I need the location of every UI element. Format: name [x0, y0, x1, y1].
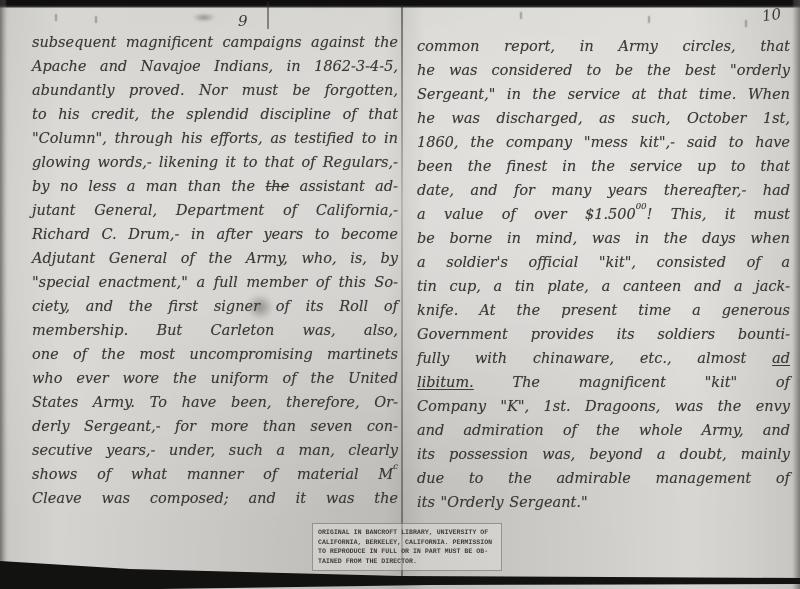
handwritten-line: been the finest in the service up to tha… — [417, 155, 790, 179]
manuscript-page-left: 9 subsequent magnificent campaigns again… — [32, 12, 398, 511]
handwritten-line: membership. But Carleton was, also, — [32, 319, 398, 343]
handwritten-line: Government provides its soldiers bounti- — [417, 323, 790, 347]
handwritten-line: libitum. The magnificent "kit" of — [417, 371, 790, 395]
handwritten-line: derly Sergeant,- for more than seven con… — [32, 415, 398, 439]
handwritten-line: subsequent magnificent campaigns against… — [32, 31, 398, 55]
handwritten-line: Cleave was composed; and it was the — [32, 487, 398, 511]
handwritten-line: a soldier's official "kit", consisted of… — [417, 251, 790, 275]
stamp-line: ORIGINAL IN BANCROFT LIBRARY, UNIVERSITY… — [318, 528, 496, 538]
handwritten-text-block: subsequent magnificent campaigns against… — [32, 31, 398, 511]
handwritten-line: Apache and Navajoe Indians, in 1862-3-4-… — [32, 55, 398, 79]
handwritten-line: glowing words,- likening it to that of R… — [32, 151, 398, 175]
handwritten-line: Company "K", 1st. Dragoons, was the envy — [417, 395, 790, 419]
library-permission-stamp: ORIGINAL IN BANCROFT LIBRARY, UNIVERSITY… — [312, 523, 502, 571]
handwritten-line: and admiration of the whole Army, and — [417, 419, 790, 443]
handwritten-line: its possession was, beyond a doubt, main… — [417, 443, 790, 467]
handwritten-line: Adjutant General of the Army, who, is, b… — [32, 247, 398, 271]
handwritten-line: due to the admirable management of — [417, 467, 790, 491]
handwritten-line: jutant General, Department of California… — [32, 199, 398, 223]
handwritten-line: "Column", through his efforts, as testif… — [32, 127, 398, 151]
handwritten-line: Sergeant," in the service at that time. … — [417, 83, 790, 107]
handwritten-line: who ever wore the uniform of the United — [32, 367, 398, 391]
handwritten-line: secutive years,- under, such a man, clea… — [32, 439, 398, 463]
handwritten-line: by no less a man than the the assistant … — [32, 175, 398, 199]
scan-border-right — [792, 0, 800, 589]
handwritten-line: common report, in Army circles, that — [417, 35, 790, 59]
handwritten-text-block: common report, in Army circles, thathe w… — [417, 35, 790, 515]
handwritten-line: be borne in mind, was in the days when — [417, 227, 790, 251]
handwritten-line: its "Orderly Sergeant." — [417, 491, 790, 515]
handwritten-line: ciety, and the first signer of its Roll … — [32, 295, 398, 319]
handwritten-line: tin cup, a tin plate, a canteen and a ja… — [417, 275, 790, 299]
page-number: 9 — [238, 12, 248, 30]
handwritten-line: he was discharged, as such, October 1st, — [417, 107, 790, 131]
page-gutter-crease — [401, 5, 403, 577]
stamp-line: CALIFORNIA, BERKELEY, CALIFORNIA. PERMIS… — [318, 538, 496, 548]
handwritten-line: a value of over $1.50000! This, it must — [417, 203, 790, 227]
page-number: 10 — [761, 5, 782, 25]
handwritten-line: Richard C. Drum,- in after years to beco… — [32, 223, 398, 247]
handwritten-line: one of the most uncompromising martinets — [32, 343, 398, 367]
handwritten-line: fully with chinaware, etc., almost ad — [417, 347, 790, 371]
manuscript-page-right: 10 common report, in Army circles, thath… — [417, 6, 790, 515]
scanned-manuscript: 9 subsequent magnificent campaigns again… — [0, 0, 800, 589]
stamp-line: TAINED FROM THE DIRECTOR. — [318, 557, 496, 567]
handwritten-line: he was considered to be the best "orderl… — [417, 59, 790, 83]
handwritten-line: date, and for many years thereafter,- ha… — [417, 179, 790, 203]
handwritten-line: shows of what manner of material Mc — [32, 463, 398, 487]
handwritten-line: abundantly proved. Nor must be forgotten… — [32, 79, 398, 103]
handwritten-line: States Army. To have been, therefore, Or… — [32, 391, 398, 415]
handwritten-line: to his credit, the splendid discipline o… — [32, 103, 398, 127]
handwritten-line: 1860, the company "mess kit",- said to h… — [417, 131, 790, 155]
scan-border-left — [0, 0, 7, 589]
handwritten-line: "special enactment," a full member of th… — [32, 271, 398, 295]
stamp-line: TO REPRODUCE IN FULL OR IN PART MUST BE … — [318, 547, 496, 557]
handwritten-line: knife. At the present time a generous — [417, 299, 790, 323]
